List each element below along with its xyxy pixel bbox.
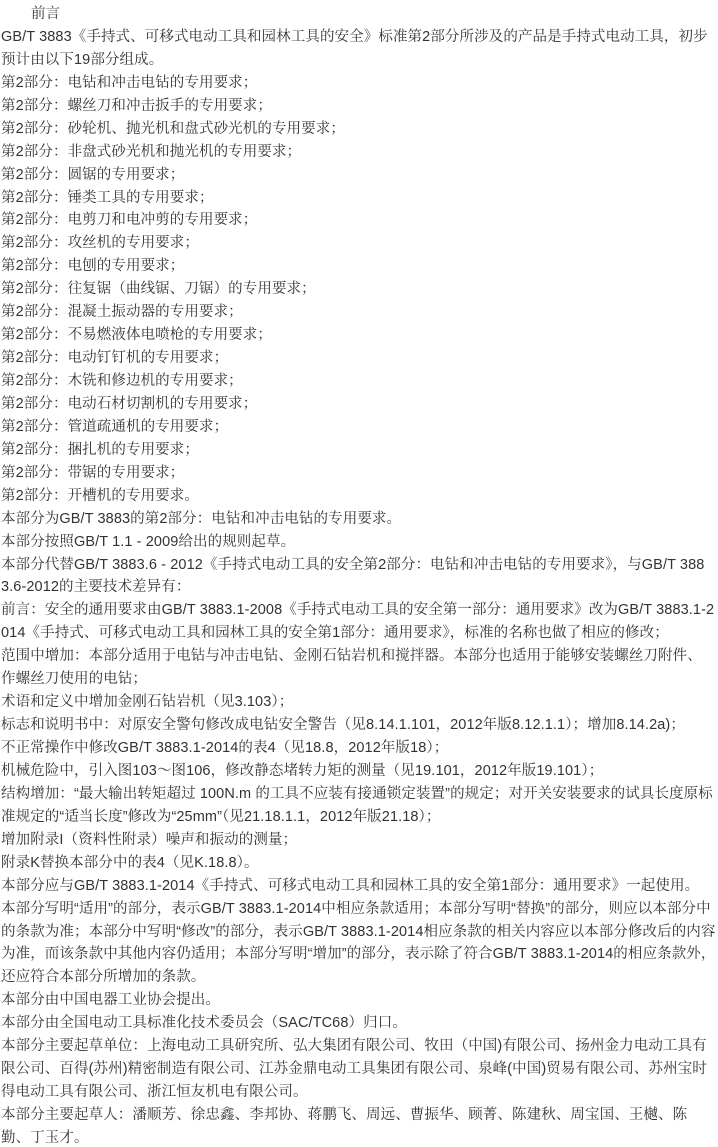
paragraph: 本部分由全国电动工具标准化技术委员会（SAC/TC68）归口。 [1,1012,716,1035]
paragraph: 第2部分：电刨的专用要求； [1,255,716,278]
paragraph: 第2部分：螺丝刀和冲击扳手的专用要求； [1,95,716,118]
paragraph: 本部分写明“适用”的部分，表示GB/T 3883.1-2014中相应条款适用；本… [1,898,716,990]
paragraph: 第2部分：攻丝机的专用要求； [1,232,716,255]
paragraph: 本部分代替GB/T 3883.6 - 2012《手持式电动工具的安全第2部分：电… [1,554,716,600]
paragraph: 第2部分：开槽机的专用要求。 [1,485,716,508]
paragraph: 第2部分：往复锯（曲线锯、刀锯）的专用要求； [1,278,716,301]
paragraph: 本部分应与GB/T 3883.1-2014《手持式、可移式电动工具和园林工具的安… [1,875,716,898]
paragraph: 第2部分：木铣和修边机的专用要求； [1,370,716,393]
paragraph: 第2部分：圆锯的专用要求； [1,164,716,187]
paragraph: 第2部分：不易燃液体电喷枪的专用要求； [1,324,716,347]
paragraph: 第2部分：非盘式砂光机和抛光机的专用要求； [1,141,716,164]
paragraph: 第2部分：电动石材切割机的专用要求； [1,393,716,416]
paragraph: 本部分为GB/T 3883的第2部分：电钻和冲击电钻的专用要求。 [1,508,716,531]
paragraph: 第2部分：电动钉钉机的专用要求； [1,347,716,370]
paragraph: 本部分主要起草单位：上海电动工具研究所、弘大集团有限公司、牧田（中国)有限公司、… [1,1035,716,1104]
paragraph: 第2部分：混凝土振动器的专用要求； [1,301,716,324]
paragraph: 不正常操作中修改GB/T 3883.1-2014的表4（见18.8，2012年版… [1,737,716,760]
paragraph: GB/T 3883《手持式、可移式电动工具和园林工具的安全》标准第2部分所涉及的… [1,26,716,72]
paragraph: 增加附录I（资料性附录）噪声和振动的测量； [1,829,716,852]
paragraph: 术语和定义中增加金刚石钻岩机（见3.103）； [1,691,716,714]
paragraph: 第2部分：电钻和冲击电钻的专用要求； [1,72,716,95]
paragraph: 本部分主要起草人：潘顺芳、徐忠鑫、李邦协、蒋鹏飞、周远、曹振华、顾菁、陈建秋、周… [1,1104,716,1147]
paragraph: 标志和说明书中：对原安全警句修改成电钻安全警告（见8.14.1.101，2012… [1,714,716,737]
paragraph: 结构增加：“最大输出转矩超过 100N.m 的工具不应装有接通锁定装置”的规定；… [1,783,716,829]
paragraph: 范围中增加：本部分适用于电钻与冲击电钻、金刚石钻岩机和搅拌器。本部分也适用于能够… [1,645,716,691]
paragraph: 第2部分：管道疏通机的专用要求； [1,416,716,439]
paragraph: 第2部分：捆扎机的专用要求； [1,439,716,462]
paragraph: 本部分由中国电器工业协会提出。 [1,989,716,1012]
paragraph: 附录K替换本部分中的表4（见K.18.8）。 [1,852,716,875]
document-page: 前言 GB/T 3883《手持式、可移式电动工具和园林工具的安全》标准第2部分所… [0,0,718,1147]
paragraph: 本部分按照GB/T 1.1 - 2009给出的规则起草。 [1,531,716,554]
paragraph: 机械危险中，引入图103～图106，修改静态堵转力矩的测量（见19.101，20… [1,760,716,783]
paragraph: 第2部分：锤类工具的专用要求； [1,187,716,210]
page-title: 前言 [1,3,716,26]
paragraph: 前言：安全的通用要求由GB/T 3883.1-2008《手持式电动工具的安全第一… [1,599,716,645]
document-body: GB/T 3883《手持式、可移式电动工具和园林工具的安全》标准第2部分所涉及的… [1,26,716,1147]
paragraph: 第2部分：电剪刀和电冲剪的专用要求； [1,209,716,232]
paragraph: 第2部分：带锯的专用要求； [1,462,716,485]
paragraph: 第2部分：砂轮机、抛光机和盘式砂光机的专用要求； [1,118,716,141]
